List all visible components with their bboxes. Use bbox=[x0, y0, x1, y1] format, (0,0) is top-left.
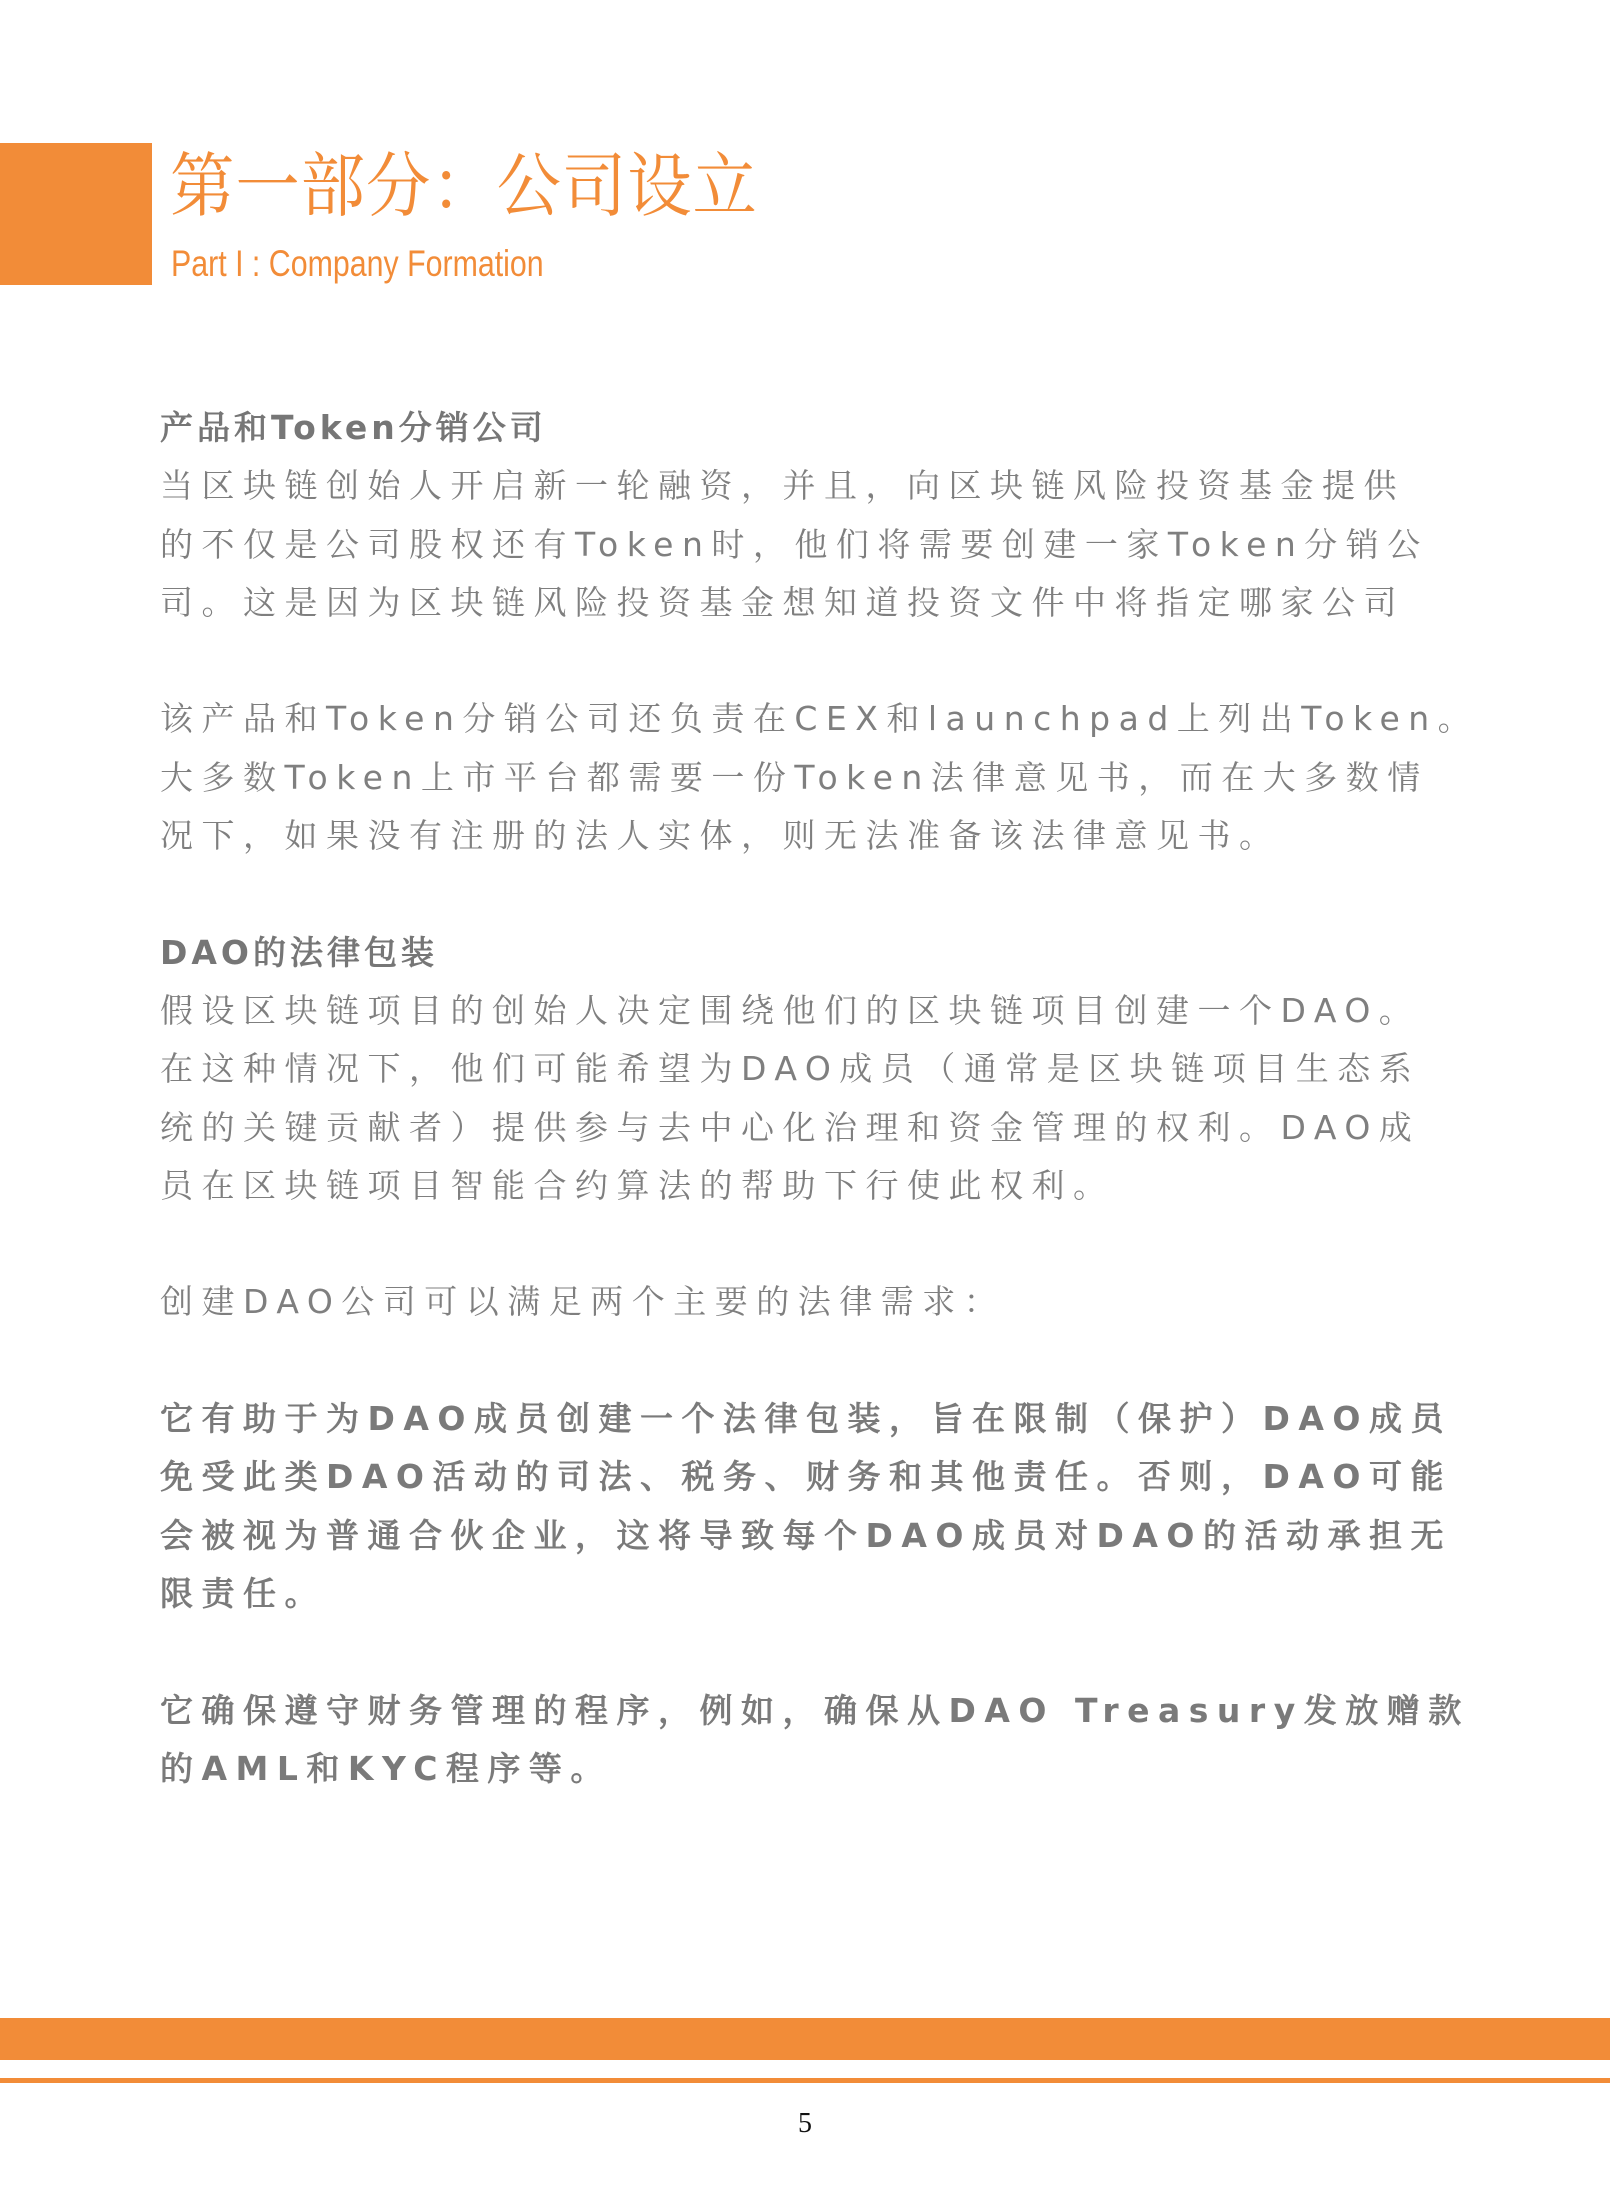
requirement-legal-wrapper: 它有助于为DAO成员创建一个法律包装，旨在限制（保护）DAO成员 免受此类DAO… bbox=[160, 1390, 1460, 1623]
text-line: 况下，如果没有注册的法人实体，则无法准备该法律意见书。 bbox=[160, 807, 1460, 865]
document-body: 产品和Token分销公司 当区块链创始人开启新一轮融资，并且，向区块链风险投资基… bbox=[160, 399, 1460, 1798]
text-line: 员在区块链项目智能合约算法的帮助下行使此权利。 bbox=[160, 1157, 1460, 1215]
page-title: 第一部分：公司设立 bbox=[170, 138, 758, 234]
text-line: 的AML和KYC程序等。 bbox=[160, 1740, 1460, 1798]
paragraph-dao-needs: 创建DAO公司可以满足两个主要的法律需求： bbox=[160, 1273, 1460, 1331]
text-line: 它确保遵守财务管理的程序，例如，确保从DAO Treasury发放赠款 bbox=[160, 1682, 1460, 1740]
text-line: 会被视为普通合伙企业，这将导致每个DAO成员对DAO的活动承担无 bbox=[160, 1507, 1460, 1565]
spacer bbox=[160, 865, 1460, 923]
paragraph-dao-intro: 假设区块链项目的创始人决定围绕他们的区块链项目创建一个DAO。 在这种情况下，他… bbox=[160, 982, 1460, 1215]
text-line: 限责任。 bbox=[160, 1565, 1460, 1623]
header-accent-block bbox=[0, 143, 152, 285]
text-line: 该产品和Token分销公司还负责在CEX和launchpad上列出Token。 bbox=[160, 690, 1460, 748]
requirement-financial-compliance: 它确保遵守财务管理的程序，例如，确保从DAO Treasury发放赠款 的AML… bbox=[160, 1682, 1460, 1799]
spacer bbox=[160, 632, 1460, 690]
section-heading-dao-wrapper: DAO的法律包装 bbox=[160, 924, 1460, 982]
text-line: 在这种情况下，他们可能希望为DAO成员（通常是区块链项目生态系 bbox=[160, 1040, 1460, 1098]
footer-accent-line bbox=[0, 2078, 1610, 2083]
paragraph-token-distribution-intro: 当区块链创始人开启新一轮融资，并且，向区块链风险投资基金提供 的不仅是公司股权还… bbox=[160, 457, 1460, 632]
text-line: 假设区块链项目的创始人决定围绕他们的区块链项目创建一个DAO。 bbox=[160, 982, 1460, 1040]
page-subtitle: Part I : Company Formation bbox=[171, 240, 544, 288]
page-number: 5 bbox=[0, 2106, 1610, 2142]
spacer bbox=[160, 1215, 1460, 1273]
text-line: 免受此类DAO活动的司法、税务、财务和其他责任。否则，DAO可能 bbox=[160, 1448, 1460, 1506]
text-line: 创建DAO公司可以满足两个主要的法律需求： bbox=[160, 1273, 1460, 1331]
text-line: 司。这是因为区块链风险投资基金想知道投资文件中将指定哪家公司 bbox=[160, 574, 1460, 632]
spacer bbox=[160, 1623, 1460, 1681]
spacer bbox=[160, 1332, 1460, 1390]
text-line: 当区块链创始人开启新一轮融资，并且，向区块链风险投资基金提供 bbox=[160, 457, 1460, 515]
text-line: 它有助于为DAO成员创建一个法律包装，旨在限制（保护）DAO成员 bbox=[160, 1390, 1460, 1448]
section-heading-token-distribution: 产品和Token分销公司 bbox=[160, 399, 1460, 457]
text-line: 大多数Token上市平台都需要一份Token法律意见书，而在大多数情 bbox=[160, 749, 1460, 807]
footer-accent-band bbox=[0, 2018, 1610, 2060]
text-line: 的不仅是公司股权还有Token时，他们将需要创建一家Token分销公 bbox=[160, 516, 1460, 574]
paragraph-token-listing: 该产品和Token分销公司还负责在CEX和launchpad上列出Token。 … bbox=[160, 690, 1460, 865]
text-line: 统的关键贡献者）提供参与去中心化治理和资金管理的权利。DAO成 bbox=[160, 1099, 1460, 1157]
